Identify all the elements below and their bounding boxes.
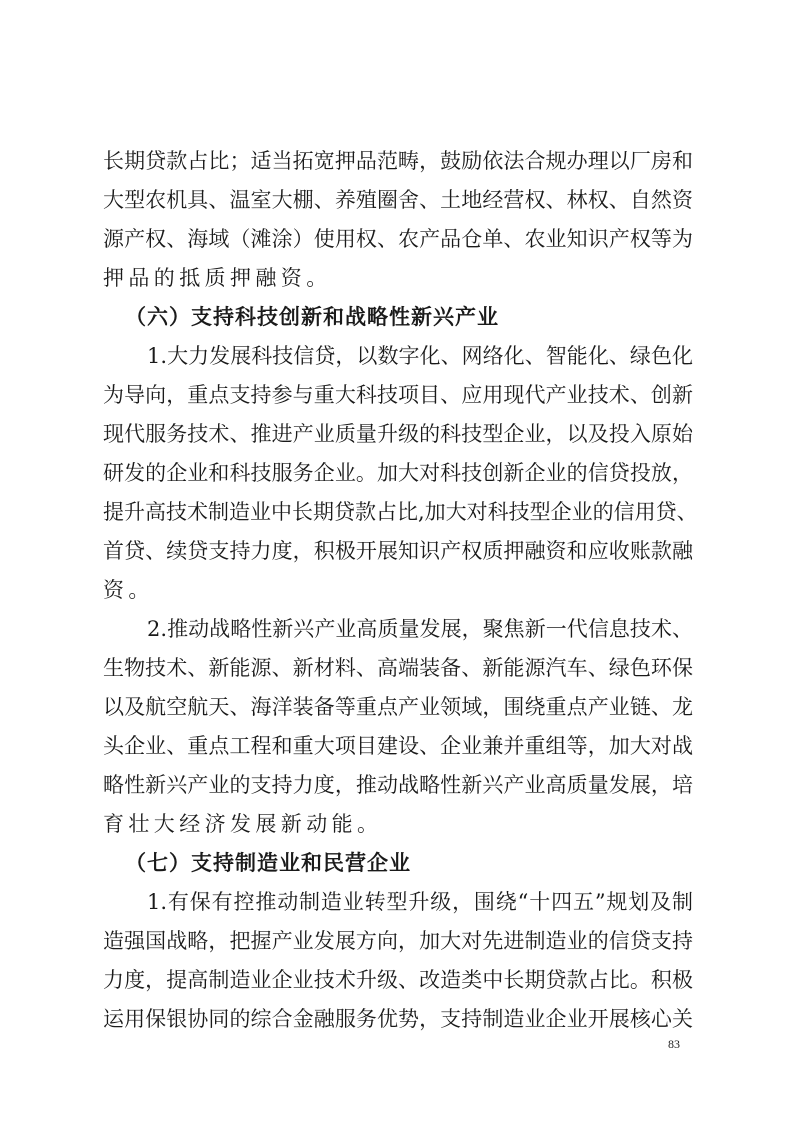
text-line: 1.有保有控推动制造业转型升级，围绕“十四五”规划及制 bbox=[103, 883, 693, 922]
text-line: 1.大力发展科技信贷，以数字化、网络化、智能化、绿色化 bbox=[103, 337, 693, 376]
text-line: 大型农机具、温室大棚、养殖圈舍、土地经营权、林权、自然资 bbox=[103, 181, 693, 220]
text-line: 力度，提高制造业企业技术升级、改造类中长期贷款占比。积极 bbox=[103, 961, 693, 1000]
text-line: 生物技术、新能源、新材料、高端装备、新能源汽车、绿色环保 bbox=[103, 649, 693, 688]
section-heading: （七）支持制造业和民营企业 bbox=[103, 844, 693, 883]
paragraph: 2.推动战略性新兴产业高质量发展，聚焦新一代信息技术、 生物技术、新能源、新材料… bbox=[103, 610, 693, 844]
text-line: 头企业、重点工程和重大项目建设、企业兼并重组等，加大对战 bbox=[103, 727, 693, 766]
text-line: 现代服务技术、推进产业质量升级的科技型企业，以及投入原始 bbox=[103, 415, 693, 454]
text-line: 资。 bbox=[103, 571, 693, 610]
text-line: 2.推动战略性新兴产业高质量发展，聚焦新一代信息技术、 bbox=[103, 610, 693, 649]
page-body: 长期贷款占比；适当拓宽押品范畴，鼓励依法合规办理以厂房和 大型农机具、温室大棚、… bbox=[103, 142, 693, 1039]
text-line: 以及航空航天、海洋装备等重点产业领域，围绕重点产业链、龙 bbox=[103, 688, 693, 727]
text-line: 源产权、海域（滩涂）使用权、农产品仓单、农业知识产权等为 bbox=[103, 220, 693, 259]
text-line: 提升高技术制造业中长期贷款占比,加大对科技型企业的信用贷、 bbox=[103, 493, 693, 532]
text-line: 为导向，重点支持参与重大科技项目、应用现代产业技术、创新 bbox=[103, 376, 693, 415]
section-heading: （六）支持科技创新和战略性新兴产业 bbox=[103, 298, 693, 337]
document-page: 长期贷款占比；适当拓宽押品范畴，鼓励依法合规办理以厂房和 大型农机具、温室大棚、… bbox=[0, 0, 793, 1122]
paragraph: 1.有保有控推动制造业转型升级，围绕“十四五”规划及制 造强国战略，把握产业发展… bbox=[103, 883, 693, 1039]
text-line: 长期贷款占比；适当拓宽押品范畴，鼓励依法合规办理以厂房和 bbox=[103, 142, 693, 181]
paragraph-continued: 长期贷款占比；适当拓宽押品范畴，鼓励依法合规办理以厂房和 大型农机具、温室大棚、… bbox=[103, 142, 693, 298]
text-line: 押品的抵质押融资。 bbox=[103, 259, 693, 298]
text-line: 略性新兴产业的支持力度，推动战略性新兴产业高质量发展，培 bbox=[103, 766, 693, 805]
text-line: 运用保银协同的综合金融服务优势，支持制造业企业开展核心关 bbox=[103, 1000, 693, 1039]
text-line: 造强国战略，把握产业发展方向，加大对先进制造业的信贷支持 bbox=[103, 922, 693, 961]
paragraph: 1.大力发展科技信贷，以数字化、网络化、智能化、绿色化 为导向，重点支持参与重大… bbox=[103, 337, 693, 610]
text-line: 首贷、续贷支持力度，积极开展知识产权质押融资和应收账款融 bbox=[103, 532, 693, 571]
page-number: 83 bbox=[668, 1037, 680, 1052]
text-line: 研发的企业和科技服务企业。加大对科技创新企业的信贷投放， bbox=[103, 454, 693, 493]
text-line: 育壮大经济发展新动能。 bbox=[103, 805, 693, 844]
